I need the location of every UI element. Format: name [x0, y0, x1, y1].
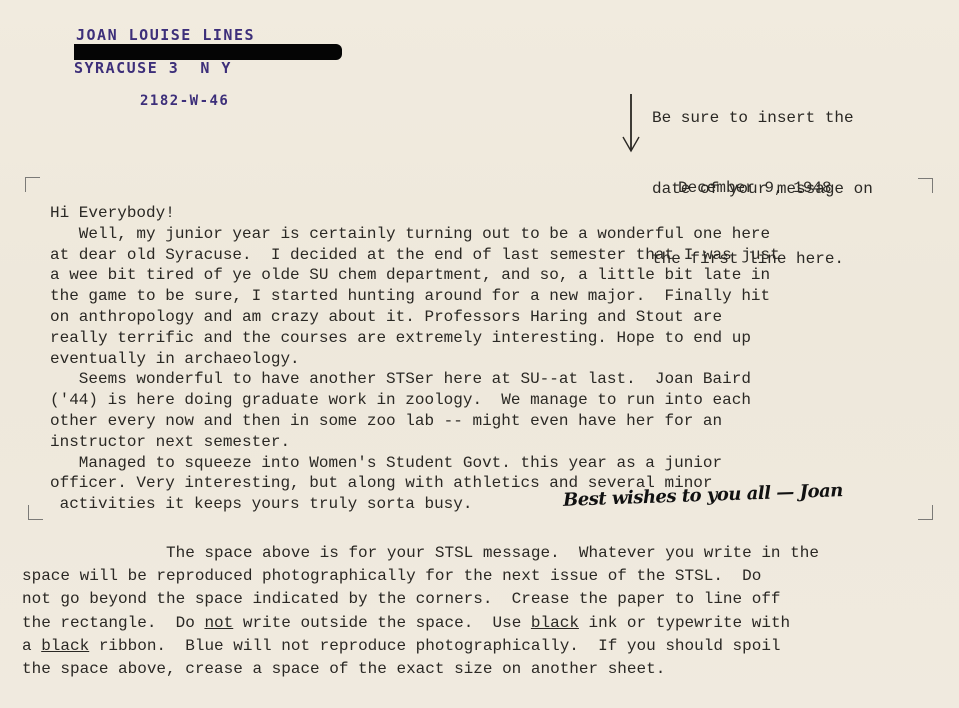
footer-line: the rectangle. Do not write outside the … — [22, 612, 819, 635]
stamp-city: SYRACUSE 3 N Y — [74, 57, 232, 79]
footer-line: not go beyond the space indicated by the… — [22, 588, 819, 611]
message-line: instructor next semester. — [50, 432, 780, 453]
corner-mark-top-right — [918, 178, 933, 193]
underlined-not: not — [204, 614, 233, 632]
message-line: Seems wonderful to have another STSer he… — [50, 369, 780, 390]
footer-line: space will be reproduced photographicall… — [22, 565, 819, 588]
text-segment: write outside the space. Use — [233, 614, 531, 632]
underlined-black: black — [531, 614, 579, 632]
instruction-line: Be sure to insert the — [652, 107, 873, 131]
message-line: a wee bit tired of ye olde SU chem depar… — [50, 265, 780, 286]
down-arrow-icon — [620, 92, 642, 154]
corner-mark-bottom-right — [918, 505, 933, 520]
message-date: December 9, 1948 — [678, 178, 832, 198]
stamp-code: 2182-W-46 — [140, 90, 229, 112]
redaction-bar — [74, 44, 342, 60]
text-segment: a — [22, 637, 41, 655]
letter-page: JOAN LOUISE LINES SYRACUSE 3 N Y 2182-W-… — [0, 0, 959, 708]
form-instructions: The space above is for your STSL message… — [22, 542, 819, 681]
text-segment: the rectangle. Do — [22, 614, 204, 632]
message-body: Hi Everybody! Well, my junior year is ce… — [50, 203, 780, 515]
corner-mark-top-left — [25, 177, 40, 192]
message-line: Managed to squeeze into Women's Student … — [50, 453, 780, 474]
corner-mark-bottom-left — [28, 505, 43, 520]
footer-line: a black ribbon. Blue will not reproduce … — [22, 635, 819, 658]
text-segment: ink or typewrite with — [579, 614, 790, 632]
underlined-black: black — [41, 637, 89, 655]
footer-line: The space above is for your STSL message… — [22, 542, 819, 565]
message-line: on anthropology and am crazy about it. P… — [50, 307, 780, 328]
footer-line: the space above, crease a space of the e… — [22, 658, 819, 681]
text-segment: ribbon. Blue will not reproduce photogra… — [89, 637, 780, 655]
message-line: eventually in archaeology. — [50, 349, 780, 370]
message-line: the game to be sure, I started hunting a… — [50, 286, 780, 307]
message-line: ('44) is here doing graduate work in zoo… — [50, 390, 780, 411]
message-line: other every now and then in some zoo lab… — [50, 411, 780, 432]
message-line: Hi Everybody! — [50, 203, 780, 224]
message-line: at dear old Syracuse. I decided at the e… — [50, 245, 780, 266]
stamp-name: JOAN LOUISE LINES — [76, 24, 255, 46]
message-line: Well, my junior year is certainly turnin… — [50, 224, 780, 245]
message-line: really terrific and the courses are extr… — [50, 328, 780, 349]
